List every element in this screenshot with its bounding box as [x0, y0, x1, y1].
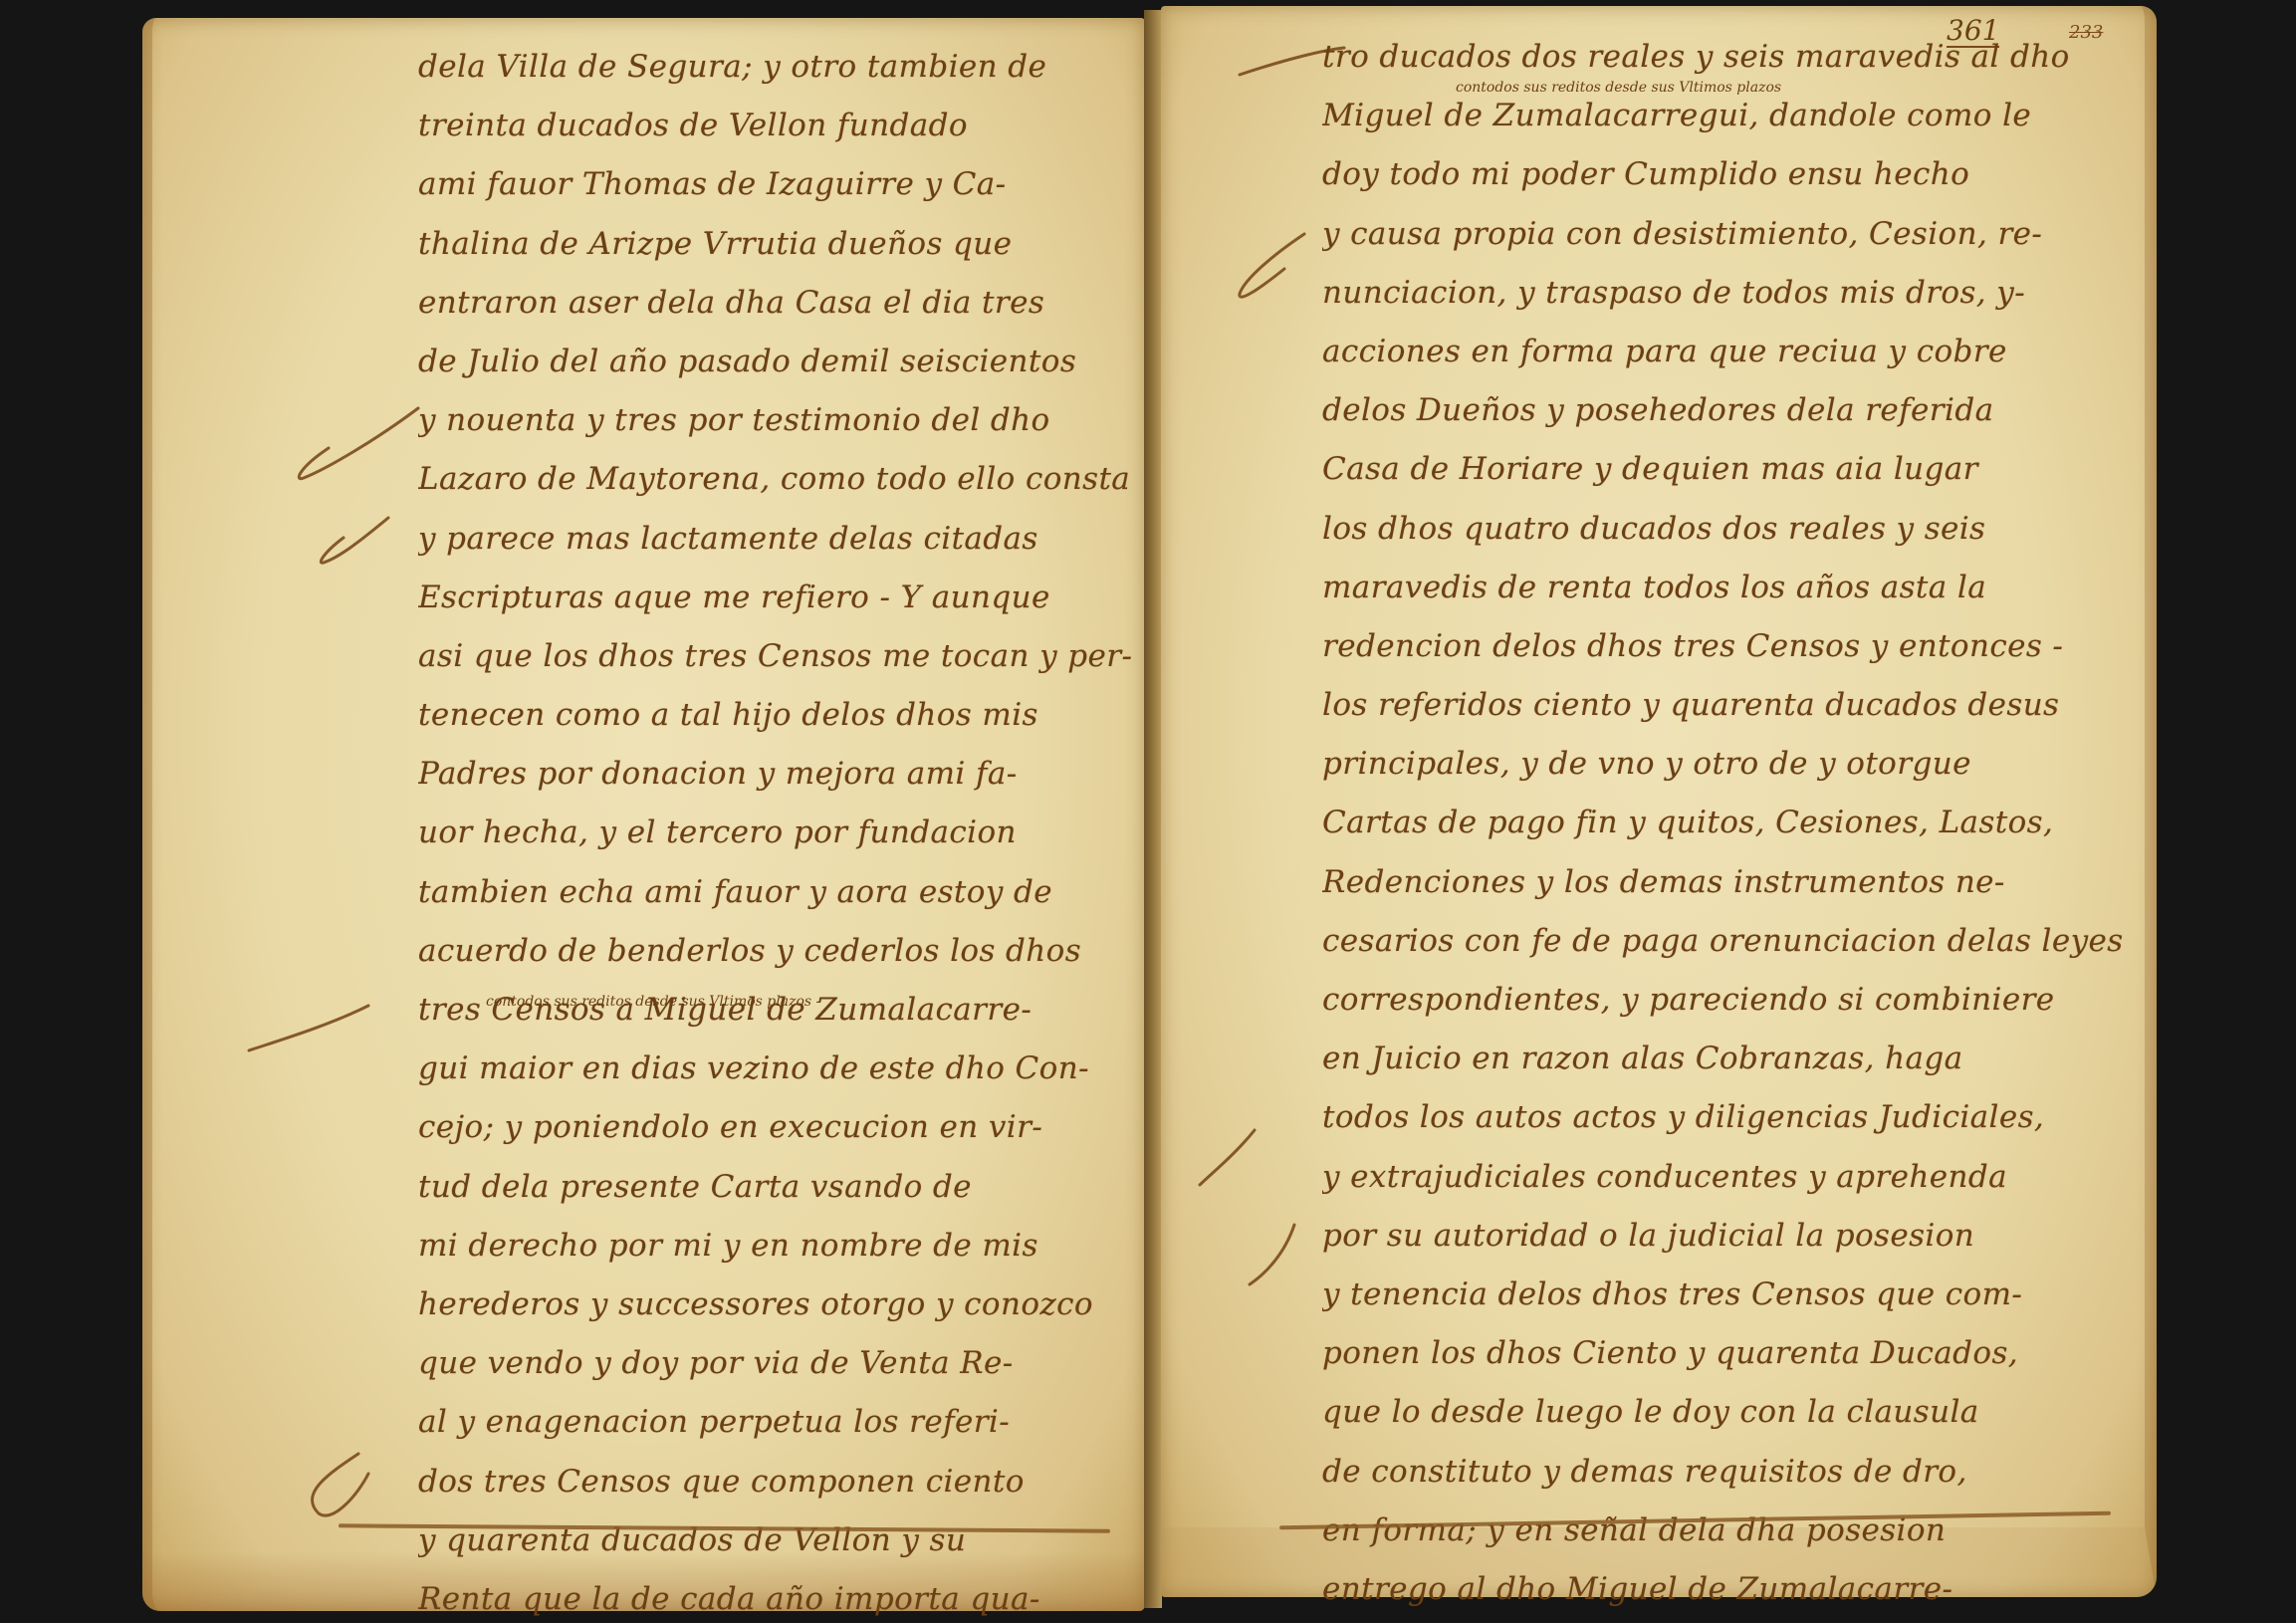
right-page-text: tro ducados dos reales y seis maravedis …	[1322, 28, 2139, 1619]
manuscript-line: Casa de Horiare y dequien mas aia lugar	[1322, 440, 2139, 499]
manuscript-line: dos tres Censos que componen ciento	[418, 1453, 1135, 1511]
interlinear-note: contodos sus reditos desde sus Vltimos p…	[1456, 80, 1781, 96]
manuscript-line: todos los autos actos y diligencias Judi…	[1322, 1088, 2139, 1147]
manuscript-line: uor hecha, y el tercero por fundacion	[418, 804, 1135, 862]
manuscript-line: tenecen como a tal hijo delos dhos mis	[418, 686, 1135, 745]
manuscript-line: al y enagenacion perpetua los referi-	[418, 1393, 1135, 1452]
manuscript-line: gui maior en dias vezino de este dho Con…	[418, 1040, 1135, 1098]
left-page-text: dela Villa de Segura; y otro tambien de …	[418, 38, 1135, 1623]
manuscript-line: cesarios con fe de paga orenunciacion de…	[1322, 912, 2139, 971]
manuscript-line: por su autoridad o la judicial la posesi…	[1322, 1207, 2139, 1266]
manuscript-line: ami fauor Thomas de Izaguirre y Ca-	[418, 155, 1135, 214]
manuscript-line: principales, y de vno y otro de y otorgu…	[1322, 735, 2139, 794]
manuscript-line: Renta que la de cada año importa qua-	[418, 1570, 1135, 1623]
manuscript-line: Redenciones y los demas instrumentos ne-	[1322, 853, 2139, 912]
manuscript-line: tro ducados dos reales y seis maravedis …	[1322, 28, 2139, 87]
manuscript-line: tres Censos a Miguel de Zumalacarre-	[418, 981, 1135, 1040]
manuscript-line: que lo desde luego le doy con la clausul…	[1322, 1383, 2139, 1442]
manuscript-line: tud dela presente Carta vsando de	[418, 1158, 1135, 1217]
manuscript-line: de Julio del año pasado demil seisciento…	[418, 333, 1135, 391]
manuscript-line: Miguel de Zumalacarregui, dandole como l…	[1322, 87, 2139, 145]
manuscript-line: herederos y successores otorgo y conozco	[418, 1275, 1135, 1334]
manuscript-line: en Juicio en razon alas Cobranzas, haga	[1322, 1030, 2139, 1088]
manuscript-line: Cartas de pago fin y quitos, Cesiones, L…	[1322, 794, 2139, 852]
manuscript-line: Padres por donacion y mejora ami fa-	[418, 745, 1135, 804]
manuscript-line: delos Dueños y posehedores dela referida	[1322, 381, 2139, 440]
manuscript-line: Escripturas aque me refiero - Y aunque	[418, 569, 1135, 627]
manuscript-line: entrego al dho Miguel de Zumalacarre-	[1322, 1560, 2139, 1619]
interlinear-note: contodos sus reditos desde sus Vltimos p…	[486, 994, 820, 1010]
manuscript-line: de constituto y demas requisitos de dro,	[1322, 1443, 2139, 1502]
manuscript-line: y extrajudiciales conducentes y aprehend…	[1322, 1148, 2139, 1207]
manuscript-line: Lazaro de Maytorena, como todo ello cons…	[418, 450, 1135, 509]
manuscript-line: y tenencia delos dhos tres Censos que co…	[1322, 1266, 2139, 1324]
manuscript-line: thalina de Arizpe Vrrutia dueños que	[418, 215, 1135, 274]
manuscript-line: y nouenta y tres por testimonio del dho	[418, 391, 1135, 450]
manuscript-line: tambien echa ami fauor y aora estoy de	[418, 863, 1135, 922]
manuscript-line: nunciacion, y traspaso de todos mis dros…	[1322, 264, 2139, 323]
manuscript-line: treinta ducados de Vellon fundado	[418, 97, 1135, 155]
book-gutter	[1144, 10, 1162, 1608]
manuscript-line: correspondientes, y pareciendo si combin…	[1322, 971, 2139, 1030]
manuscript-line: y quarenta ducados de Vellon y su	[418, 1511, 1135, 1570]
manuscript-line: redencion delos dhos tres Censos y enton…	[1322, 617, 2139, 676]
manuscript-line: acciones en forma para que reciua y cobr…	[1322, 323, 2139, 381]
manuscript-line: maravedis de renta todos los años asta l…	[1322, 559, 2139, 617]
manuscript-line: y causa propia con desistimiento, Cesion…	[1322, 205, 2139, 264]
manuscript-line: entraron aser dela dha Casa el dia tres	[418, 274, 1135, 333]
manuscript-line: y parece mas lactamente delas citadas	[418, 510, 1135, 569]
manuscript-line: acuerdo de benderlos y cederlos los dhos	[418, 922, 1135, 981]
manuscript-line: que vendo y doy por via de Venta Re-	[418, 1334, 1135, 1393]
manuscript-line: los dhos quatro ducados dos reales y sei…	[1322, 500, 2139, 559]
manuscript-line: asi que los dhos tres Censos me tocan y …	[418, 627, 1135, 686]
manuscript-line: cejo; y poniendolo en execucion en vir-	[418, 1098, 1135, 1157]
manuscript-line: los referidos ciento y quarenta ducados …	[1322, 676, 2139, 735]
manuscript-line: mi derecho por mi y en nombre de mis	[418, 1217, 1135, 1275]
manuscript-line: en forma; y en señal dela dha posesion	[1322, 1502, 2139, 1560]
manuscript-line: dela Villa de Segura; y otro tambien de	[418, 38, 1135, 97]
manuscript-line: ponen los dhos Ciento y quarenta Ducados…	[1322, 1324, 2139, 1383]
manuscript-line: doy todo mi poder Cumplido ensu hecho	[1322, 145, 2139, 204]
